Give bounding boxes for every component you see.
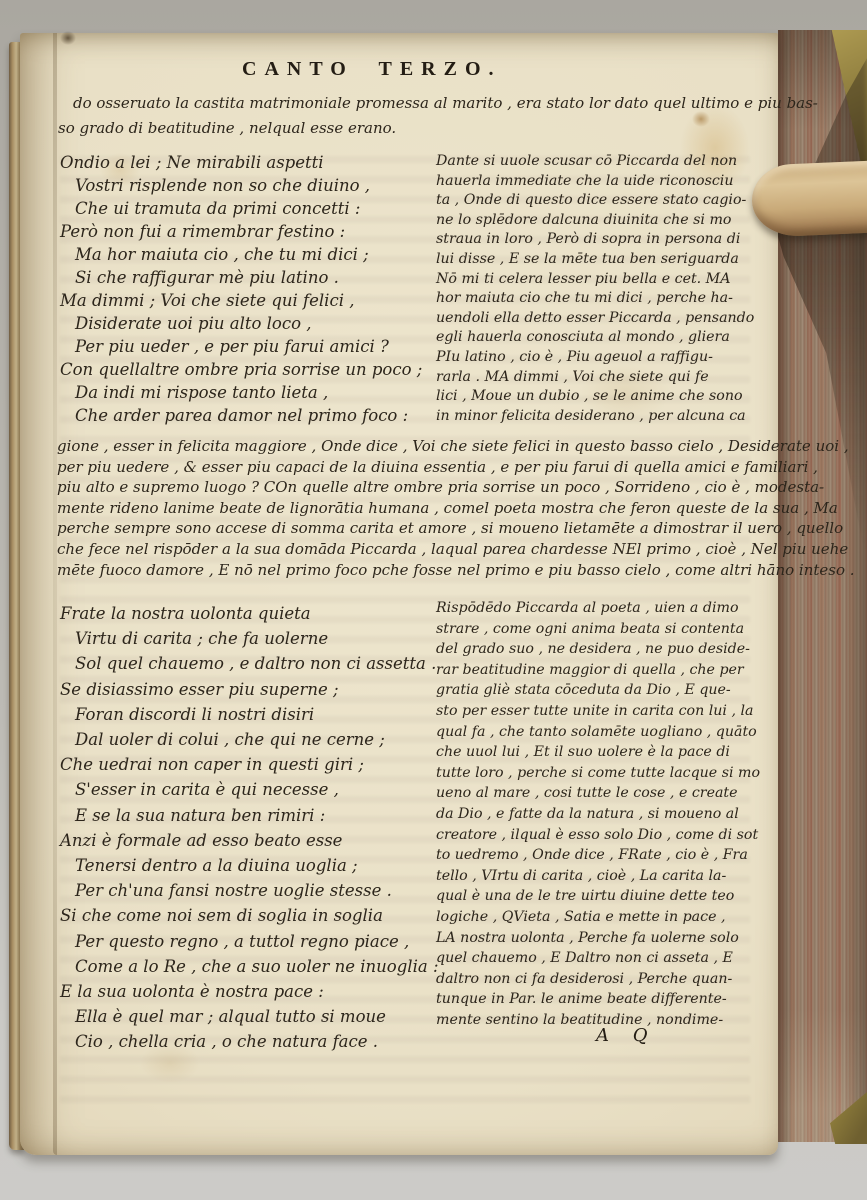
- text-line: rarla . MA dimmi , Voi che siete qui fe: [436, 368, 754, 388]
- text-line: LA nostra uolonta , Perche fa uolerne so…: [436, 928, 760, 949]
- text-line: Però non fui a rimembrar festino :: [60, 220, 422, 243]
- text-line: Come a lo Re , che a suo uoler ne inuogl…: [60, 954, 439, 979]
- text-line: rar beatitudine maggior di quella , che …: [436, 660, 760, 681]
- text-line: che uuol lui , Et il suo uolere è la pac…: [436, 742, 760, 763]
- text-line: egli hauerla conosciuta al mondo , glier…: [436, 328, 754, 348]
- text-line: gione , esser in felicita maggiore , Ond…: [57, 436, 855, 457]
- text-line: Che uedrai non caper in questi giri ;: [60, 752, 439, 777]
- text-line: mēte fuoco damore , E nō nel primo foco …: [57, 560, 855, 581]
- text-line: Per piu ueder , e per piu farui amici ?: [60, 335, 422, 358]
- text-line: E se la sua natura ben rimiri :: [60, 803, 439, 828]
- text-line: hauerla immediate che la uide riconosciu: [436, 172, 754, 192]
- text-line: lici , Moue un dubio , se le anime che s…: [436, 387, 754, 407]
- book-photo: CANTO TERZO. do osseruato la castita mat…: [0, 0, 867, 1200]
- intro-paragraph: do osseruato la castita matrimoniale pro…: [58, 91, 818, 141]
- text-line: gratia gliè stata cōceduta da Dio , E qu…: [436, 680, 760, 701]
- text-line: sto per esser tutte unite in carita con …: [436, 701, 760, 722]
- text-line: tello , VIrtu di carita , cioè , La cari…: [436, 866, 760, 887]
- text-line: Dante si uuole scusar cō Piccarda del no…: [436, 152, 754, 172]
- text-line: Sol quel chauemo , e daltro non ci asset…: [60, 651, 439, 676]
- text-line: che fece nel rispōder a la sua domāda Pi…: [57, 539, 855, 560]
- text-line: do osseruato la castita matrimoniale pro…: [58, 91, 818, 116]
- text-line: ne lo splēdore dalcuna diuinita che si m…: [436, 211, 754, 231]
- signature-mark: A Q: [596, 1025, 656, 1046]
- wooden-page-turner: [750, 160, 867, 238]
- text-line: Ella è quel mar ; alqual tutto si moue: [60, 1004, 439, 1029]
- text-line: Per questo regno , a tuttol regno piace …: [60, 929, 439, 954]
- text-line: per piu uedere , & esser piu capaci de l…: [57, 457, 855, 478]
- text-line: da Dio , e fatte da la natura , si mouen…: [436, 804, 760, 825]
- text-line: Se disiassimo esser piu superne ;: [60, 677, 439, 702]
- text-line: Ma hor maiuta cio , che tu mi dici ;: [60, 243, 422, 266]
- text-line: daltro non ci fa desiderosi , Perche qua…: [436, 969, 760, 990]
- text-line: E la sua uolonta è nostra pace :: [60, 979, 439, 1004]
- text-line: quel chauemo , E Daltro non ci asseta , …: [436, 948, 760, 969]
- text-line: hor maiuta cio che tu mi dici , perche h…: [436, 289, 754, 309]
- text-line: uendoli ella detto esser Piccarda , pens…: [436, 309, 754, 329]
- text-line: Rispōdēdo Piccarda al poeta , uien a dim…: [436, 598, 760, 619]
- text-line: Anzi è formale ad esso beato esse: [60, 828, 439, 853]
- verse-column-1: Ondio a lei ; Ne mirabili aspettiVostri …: [60, 151, 422, 427]
- text-line: lui disse , E se la mēte tua ben serigua…: [436, 250, 754, 270]
- text-line: PIu latino , cio è , Piu ageuol a raffig…: [436, 348, 754, 368]
- text-line: mente rideno lanime beate de lignorātia …: [57, 498, 855, 519]
- verse-column-2: Frate la nostra uolonta quietaVirtu di c…: [60, 601, 439, 1055]
- text-line: Tenersi dentro a la diuina uoglia ;: [60, 853, 439, 878]
- commentary-column-1: Dante si uuole scusar cō Piccarda del no…: [436, 152, 754, 426]
- text-line: strare , come ogni anima beata si conten…: [436, 619, 760, 640]
- text-line: qual è una de le tre uirtu diuine dette …: [436, 886, 760, 907]
- text-line: Frate la nostra uolonta quieta: [60, 601, 439, 626]
- text-line: Nō mi ti celera lesser piu bella e cet. …: [436, 270, 754, 290]
- text-line: logiche , QVieta , Satia e mette in pace…: [436, 907, 760, 928]
- book-page: CANTO TERZO. do osseruato la castita mat…: [20, 33, 778, 1155]
- text-line: Con quellaltre ombre pria sorrise un poc…: [60, 358, 422, 381]
- text-line: Disiderate uoi piu alto loco ,: [60, 312, 422, 335]
- text-line: so grado di beatitudine , nelqual esse e…: [58, 116, 818, 141]
- text-line: Da indi mi rispose tanto lieta ,: [60, 381, 422, 404]
- gutter-crease: [53, 33, 57, 1155]
- text-line: Si che come noi sem di soglia in soglia: [60, 903, 439, 928]
- canto-heading: CANTO TERZO.: [242, 58, 502, 81]
- text-line: straua in loro , Però di sopra in person…: [436, 230, 754, 250]
- text-line: Ma dimmi ; Voi che siete qui felici ,: [60, 289, 422, 312]
- text-line: Foran discordi li nostri disiri: [60, 702, 439, 727]
- commentary-full-width: gione , esser in felicita maggiore , Ond…: [57, 436, 855, 580]
- text-line: Che arder parea damor nel primo foco :: [60, 404, 422, 427]
- text-line: Che ui tramuta da primi concetti :: [60, 197, 422, 220]
- text-line: Cio , chella cria , o che natura face .: [60, 1029, 439, 1054]
- text-line: perche sempre sono accese di somma carit…: [57, 518, 855, 539]
- text-line: tutte loro , perche si come tutte lacque…: [436, 763, 760, 784]
- text-line: Vostri risplende non so che diuino ,: [60, 174, 422, 197]
- stain: [60, 31, 76, 45]
- text-line: Dal uoler di colui , che qui ne cerne ;: [60, 727, 439, 752]
- text-line: S'esser in carita è qui necesse ,: [60, 777, 439, 802]
- text-line: ueno al mare , cosi tutte le cose , e cr…: [436, 783, 760, 804]
- text-line: qual fa , che tanto solamēte uogliano , …: [436, 722, 760, 743]
- text-line: tunque in Par. le anime beate differente…: [436, 989, 760, 1010]
- text-line: ta , Onde di questo dice essere stato ca…: [436, 191, 754, 211]
- text-line: to uedremo , Onde dice , FRate , cio è ,…: [436, 845, 760, 866]
- text-line: in minor felicita desiderano , per alcun…: [436, 407, 754, 427]
- text-line: Si che raffigurar mè piu latino .: [60, 266, 422, 289]
- text-line: Ondio a lei ; Ne mirabili aspetti: [60, 151, 422, 174]
- text-line: piu alto e supremo luogo ? COn quelle al…: [57, 477, 855, 498]
- text-line: del grado suo , ne desidera , ne puo des…: [436, 639, 760, 660]
- text-line: Virtu di carita ; che fa uolerne: [60, 626, 439, 651]
- text-line: creatore , ilqual è esso solo Dio , come…: [436, 825, 760, 846]
- text-line: Per ch'una fansi nostre uoglie stesse .: [60, 878, 439, 903]
- commentary-column-2: Rispōdēdo Piccarda al poeta , uien a dim…: [436, 598, 760, 1030]
